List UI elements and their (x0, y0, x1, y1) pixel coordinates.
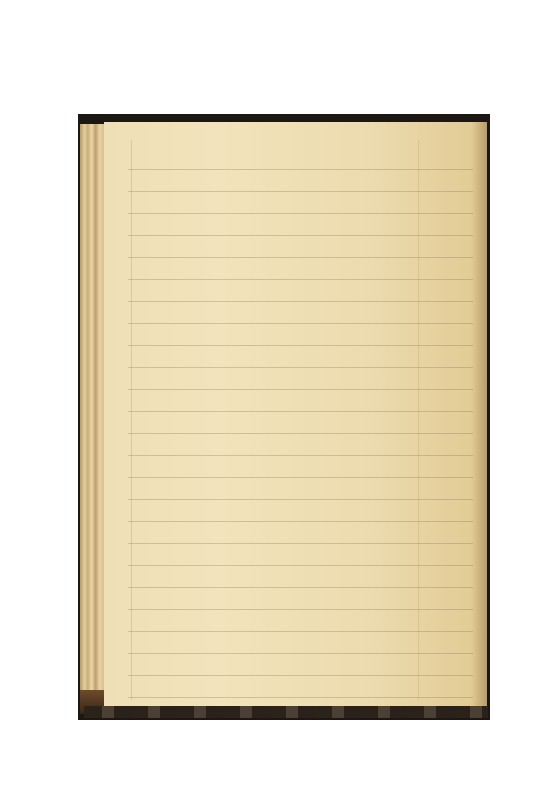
page-bottom-edge (84, 706, 488, 718)
ruled-lines (128, 148, 473, 698)
page-stack-edge (80, 124, 106, 694)
right-margin-rule (418, 140, 419, 700)
left-margin-rule (131, 140, 132, 700)
